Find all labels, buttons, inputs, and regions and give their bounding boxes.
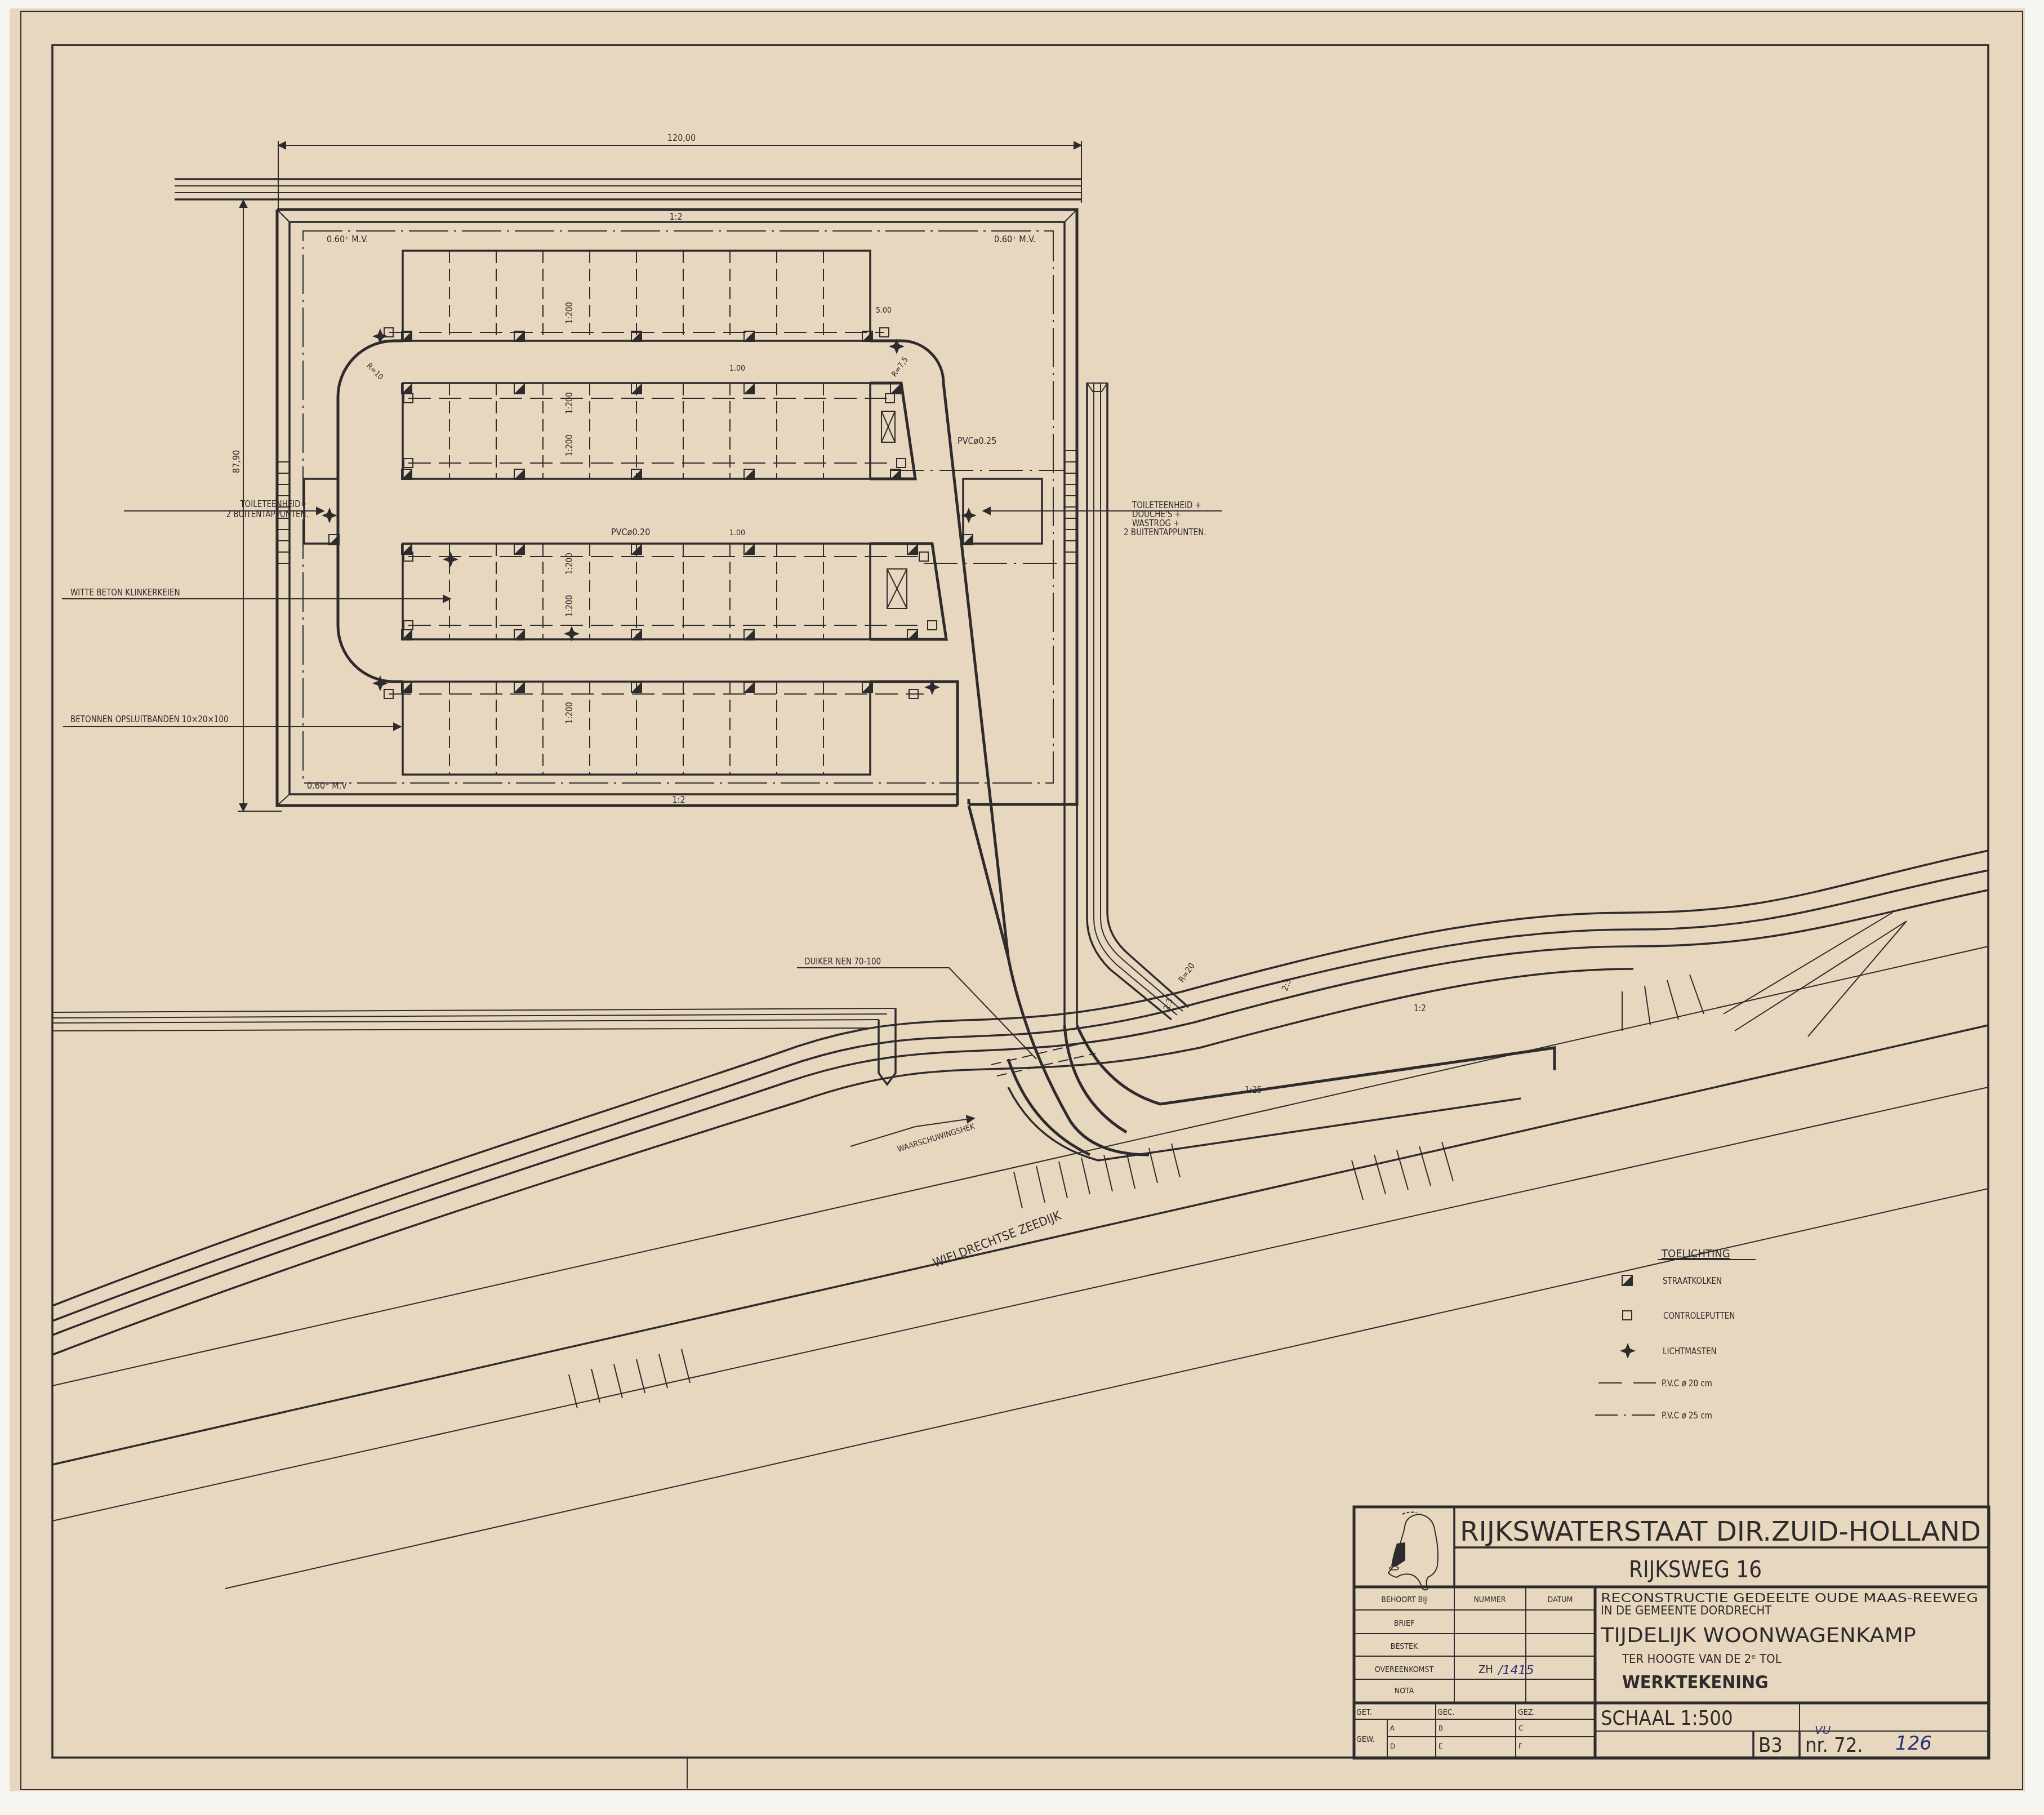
dim-overall-width: 120,00 <box>667 132 696 143</box>
drawing-number-prefix: nr. 72. <box>1805 1734 1863 1757</box>
project-title: TIJDELIJK WOONWAGENKAMP <box>1600 1624 1916 1647</box>
drawing-number-superscript: VU <box>1815 1723 1831 1737</box>
culvert-label: DUIKER NEN 70-100 <box>804 957 881 967</box>
rev-cell-c: C <box>1518 1724 1523 1733</box>
technical-drawing-sheet: 120,00 87,90 0.60⁺ M.V. 0.60⁺ M.V. 0.60⁺… <box>0 0 2044 1815</box>
project-line-2: IN DE GEMEENTE DORDRECHT <box>1601 1604 1772 1618</box>
label-gew: GEW. <box>1356 1735 1375 1744</box>
slope-bay3a: 1:200 <box>564 595 575 617</box>
pvc-lower-label: PVCø0.20 <box>611 527 650 537</box>
rev-cell-d: D <box>1390 1742 1395 1751</box>
slope-bay3b: 1:200 <box>564 553 575 575</box>
label-gez: GEZ. <box>1518 1708 1535 1717</box>
dim-offset-b: 1.00 <box>729 528 745 537</box>
sheet-format: B3 <box>1758 1734 1783 1757</box>
road-name: RIJKSWEG 16 <box>1629 1557 1762 1583</box>
label-get: GET. <box>1356 1708 1372 1717</box>
col-header-behoort-bij: BEHOORT BIJ <box>1381 1595 1427 1604</box>
label-gec: GEC. <box>1437 1708 1455 1717</box>
slope-bay4: 1:200 <box>564 702 575 724</box>
row-label-bestek: BESTEK <box>1391 1642 1418 1651</box>
slope-bay2b: 1:200 <box>564 392 575 414</box>
paving-label: WITTE BETON KLINKERKEIEN <box>70 588 180 598</box>
legend-label-lichtmasten: LICHTMASTEN <box>1663 1346 1717 1356</box>
overeenkomst-nummer-printed: ZH <box>1479 1662 1493 1676</box>
toilet-right-label-4: 2 BUITENTAPPUNTEN. <box>1124 527 1206 537</box>
rev-cell-a: A <box>1390 1724 1395 1733</box>
project-subtitle: TER HOOGTE VAN DE 2ᵉ TOL <box>1622 1652 1782 1666</box>
organization-name: RIJKSWATERSTAAT DIR.ZUID-HOLLAND <box>1460 1516 1981 1547</box>
scale-label: SCHAAL 1:500 <box>1601 1707 1733 1730</box>
overeenkomst-nummer-handwritten: /1415 <box>1497 1663 1534 1678</box>
rev-cell-b: B <box>1439 1724 1443 1733</box>
legend-label-pvc-20: P.V.C ø 20 cm <box>1662 1378 1712 1389</box>
drawing-number-handwritten: 126 <box>1895 1732 1932 1755</box>
row-label-brief: BRIEF <box>1394 1619 1414 1628</box>
drawing-type: WERKTEKENING <box>1622 1671 1769 1693</box>
toilet-left-label-1: TOILETEENHEID+ <box>239 499 307 509</box>
row-label-nota: NOTA <box>1395 1687 1414 1696</box>
slope-bay2a: 1:200 <box>564 434 575 456</box>
dim-offset-a: 1.00 <box>729 364 745 373</box>
dim-overall-height: 87,90 <box>231 450 242 473</box>
slope-top: 1:2 <box>669 211 682 222</box>
legend-label-controleputten: CONTROLEPUTTEN <box>1663 1311 1735 1321</box>
level-top-right: 0.60⁺ M.V. <box>994 234 1036 244</box>
pvc-upper-label: PVCø0.25 <box>958 435 996 446</box>
slope-dike-lower: 1:25 <box>1245 1085 1262 1095</box>
slope-bay1: 1:200 <box>564 302 575 324</box>
curbs-label: BETONNEN OPSLUITBANDEN 10×20×100 <box>70 714 229 724</box>
legend-label-straatkolken: STRAATKOLKEN <box>1663 1276 1722 1286</box>
col-header-datum: DATUM <box>1548 1595 1573 1604</box>
slope-dike-mid: 1:2 <box>1414 1003 1426 1013</box>
legend-label-pvc-25: P.V.C ø 25 cm <box>1662 1411 1712 1421</box>
row-label-overeenkomst: OVEREENKOMST <box>1375 1665 1434 1674</box>
dim-gap-top: 5.00 <box>876 306 892 315</box>
level-bottom-left: 0.60⁺ M.V <box>307 780 347 791</box>
col-header-nummer: NUMMER <box>1473 1595 1506 1604</box>
rev-cell-f: F <box>1518 1742 1522 1751</box>
rev-cell-e: E <box>1439 1742 1442 1751</box>
legend-title: TOELICHTING <box>1661 1247 1730 1260</box>
level-top-left: 0.60⁺ M.V. <box>327 234 368 244</box>
slope-bottom: 1:2 <box>672 794 685 805</box>
